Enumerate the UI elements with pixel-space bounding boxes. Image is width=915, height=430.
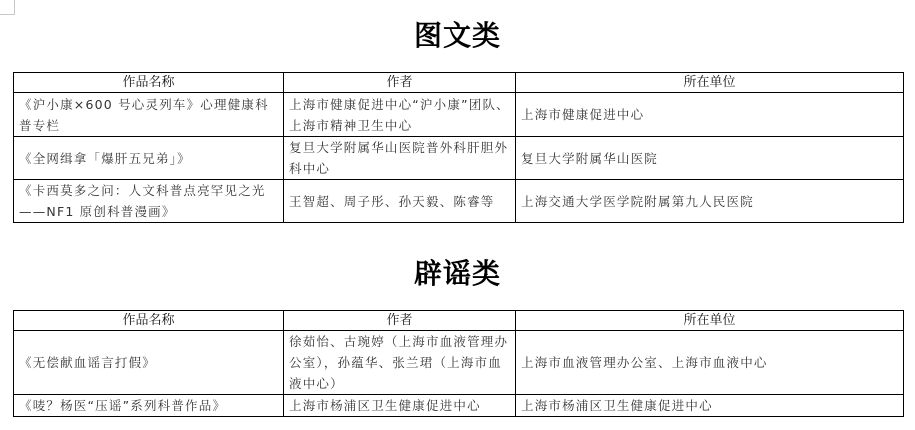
cell-organization: 上海交通大学医学院附属第九人民医院 [516,180,904,223]
cell-work-title: 《卡西莫多之问：人文科普点亮罕见之光——NF1 原创科普漫画》 [14,180,284,223]
table-illustrated-works: 作品名称 作者 所在单位 《沪小康×600 号心灵列车》心理健康科普专栏 上海市… [13,72,904,223]
section-title-rumor-busting: 辟谣类 [0,252,915,292]
table-header-row: 作品名称 作者 所在单位 [14,73,904,93]
table-row: 《全网缉拿「爆肝五兄弟」》 复旦大学附属华山医院普外科肝胆外科中心 复旦大学附属… [14,137,904,180]
cell-author: 王智超、周子彤、孙天毅、陈睿等 [284,180,516,223]
cell-author: 复旦大学附属华山医院普外科肝胆外科中心 [284,137,516,180]
cell-work-title: 《全网缉拿「爆肝五兄弟」》 [14,137,284,180]
header-organization: 所在单位 [516,73,904,93]
table-row: 《无偿献血谣言打假》 徐茹怡、古琬婷（上海市血液管理办公室），孙蕴华、张兰珺（上… [14,331,904,395]
table-row: 《沪小康×600 号心灵列车》心理健康科普专栏 上海市健康促进中心“沪小康”团队… [14,93,904,137]
cell-author: 徐茹怡、古琬婷（上海市血液管理办公室），孙蕴华、张兰珺（上海市血液中心） [284,331,516,395]
table-header-row: 作品名称 作者 所在单位 [14,311,904,331]
cell-organization: 复旦大学附属华山医院 [516,137,904,180]
cell-work-title: 《无偿献血谣言打假》 [14,331,284,395]
cell-work-title: 《沪小康×600 号心灵列车》心理健康科普专栏 [14,93,284,137]
header-work-title: 作品名称 [14,73,284,93]
cell-organization: 上海市杨浦区卫生健康促进中心 [516,395,904,417]
header-author: 作者 [284,73,516,93]
table-row: 《唛？杨医“压谣”系列科普作品》 上海市杨浦区卫生健康促进中心 上海市杨浦区卫生… [14,395,904,417]
header-organization: 所在单位 [516,311,904,331]
table-row: 《卡西莫多之问：人文科普点亮罕见之光——NF1 原创科普漫画》 王智超、周子彤、… [14,180,904,223]
header-work-title: 作品名称 [14,311,284,331]
table-rumor-busting-works: 作品名称 作者 所在单位 《无偿献血谣言打假》 徐茹怡、古琬婷（上海市血液管理办… [13,310,904,417]
cell-organization: 上海市健康促进中心 [516,93,904,137]
cell-work-title: 《唛？杨医“压谣”系列科普作品》 [14,395,284,417]
cell-author: 上海市健康促进中心“沪小康”团队、上海市精神卫生中心 [284,93,516,137]
page-corner-marker [0,0,15,15]
cell-author: 上海市杨浦区卫生健康促进中心 [284,395,516,417]
header-author: 作者 [284,311,516,331]
section-title-illustrated: 图文类 [0,14,915,54]
cell-organization: 上海市血液管理办公室、上海市血液中心 [516,331,904,395]
